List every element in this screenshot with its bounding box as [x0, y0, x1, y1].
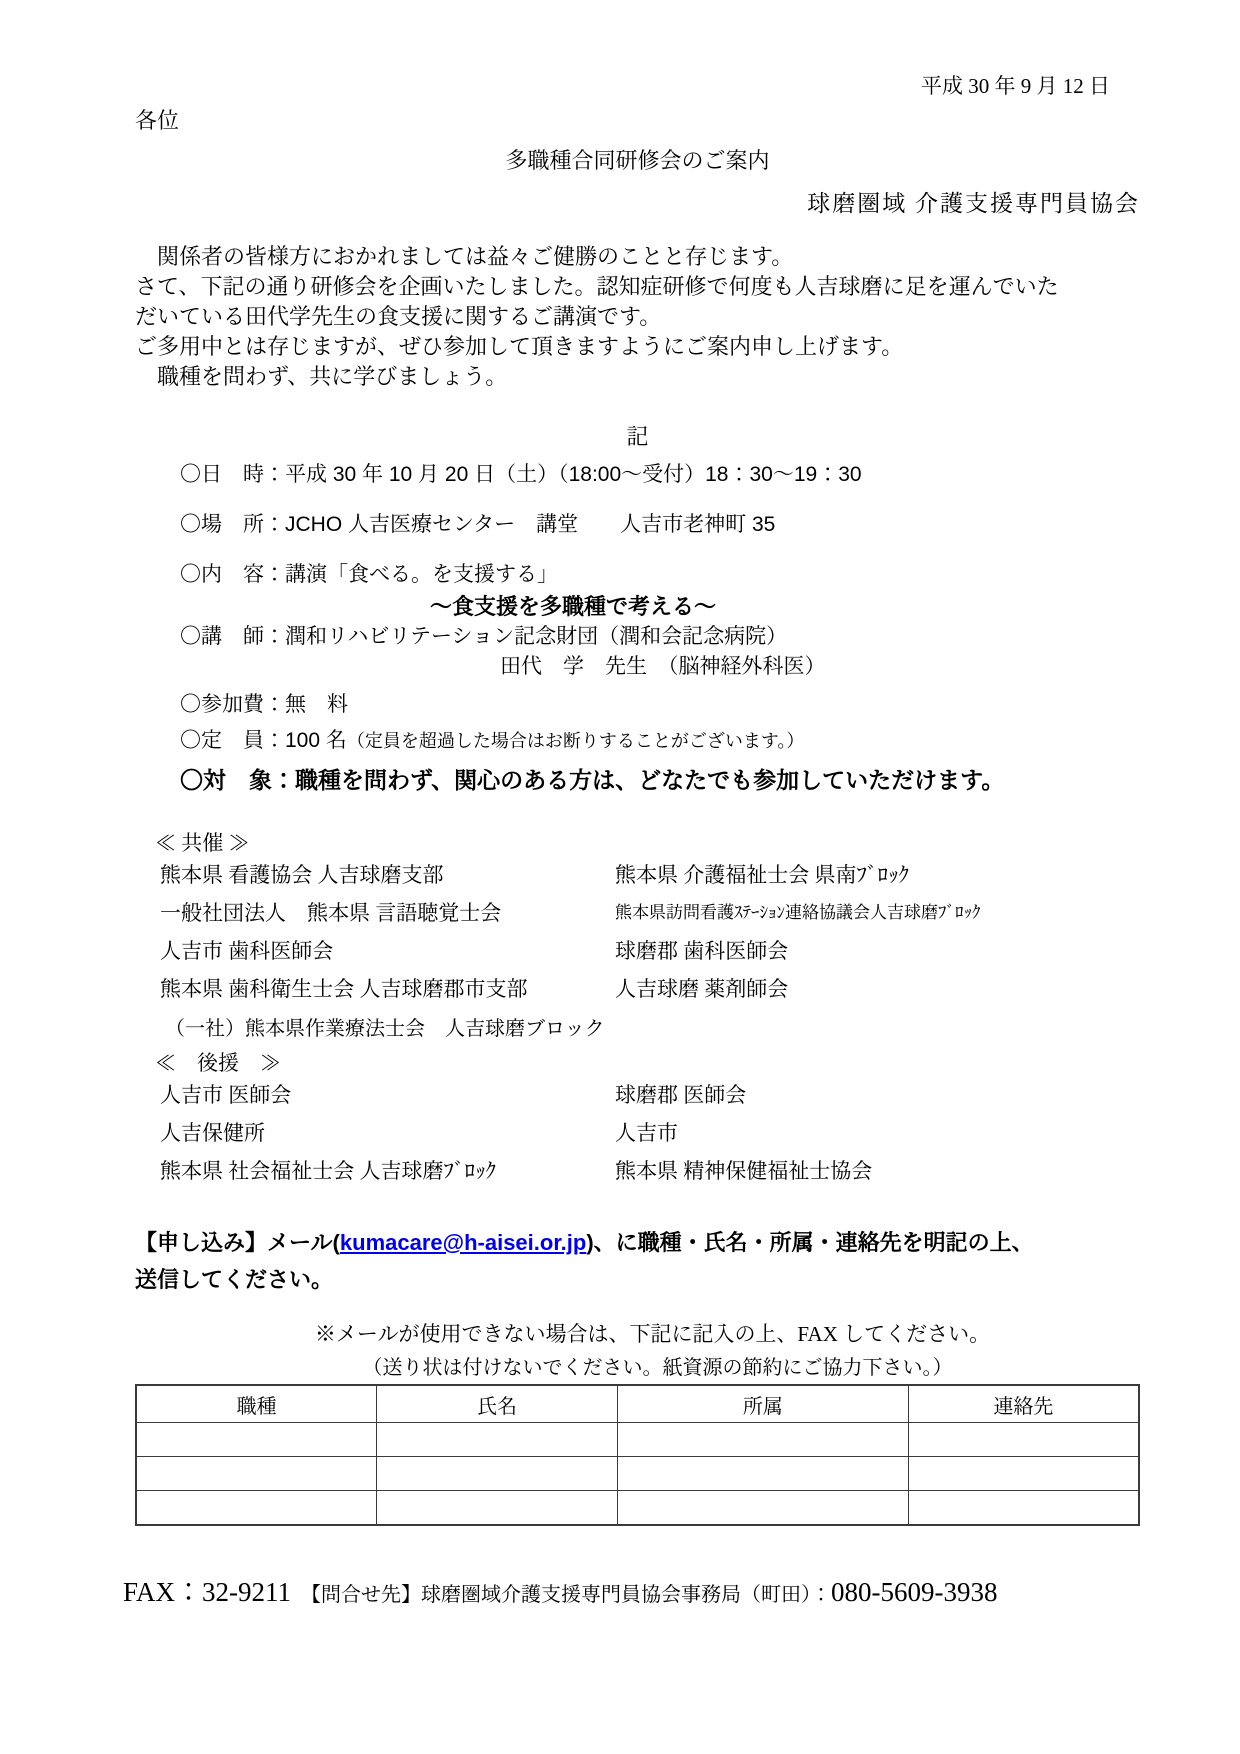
- application-line1: 【申し込み】メール(kumacare@h-aisei.or.jp)、に職種・氏名…: [135, 1224, 1140, 1261]
- supporter-left: 人吉市 医師会: [160, 1076, 615, 1114]
- detail-datetime: 〇日 時：平成 30 年 10 月 20 日（土）（18:00～受付）18：30…: [180, 460, 1140, 490]
- form-cell-empty: [136, 1423, 377, 1457]
- detail-datetime-value: 平成 30 年 10 月 20 日（土）（18:00～受付）18：30～19：3…: [285, 463, 862, 486]
- cosponsor-right: 人吉球磨 薬剤師会: [615, 970, 1140, 1008]
- form-cell-empty: [908, 1457, 1139, 1491]
- detail-target-value: 職種を問わず、関心のある方は、どなたでも参加していただけます。: [295, 767, 1004, 793]
- detail-place: 〇場 所：JCHO 人吉医療センター 講堂 人吉市老神町 35: [180, 510, 1140, 540]
- supporter-row: 人吉保健所 人吉市: [160, 1114, 1140, 1152]
- form-empty-row: [136, 1423, 1139, 1457]
- footer-fax-number: FAX：32-9211: [123, 1577, 291, 1607]
- cosponsor-left: 一般社団法人 熊本県 言語聴覚士会: [160, 894, 615, 932]
- lecture-subtitle: ～食支援を多職種で考える～: [180, 592, 1140, 622]
- intro-line: さて、下記の通り研修会を企画いたしました。認知症研修で何度も人吉球磨に足を運んで…: [135, 272, 1140, 302]
- form-cell-empty: [377, 1491, 618, 1526]
- application-email-link[interactable]: kumacare@h-aisei.or.jp: [340, 1230, 586, 1255]
- application-suffix: )、に職種・氏名・所属・連絡先を明記の上、: [586, 1230, 1033, 1255]
- supporter-list: 人吉市 医師会 球磨郡 医師会 人吉保健所 人吉市 熊本県 社会福祉士会 人吉球…: [135, 1076, 1140, 1190]
- form-cell-empty: [908, 1423, 1139, 1457]
- form-header-affiliation: 所属: [617, 1385, 908, 1423]
- detail-place-value: JCHO 人吉医療センター 講堂 人吉市老神町 35: [285, 513, 775, 536]
- footer-separator: [291, 1584, 311, 1606]
- detail-datetime-label: 〇日 時：: [180, 463, 285, 486]
- form-cell-empty: [617, 1457, 908, 1491]
- supporter-left: 熊本県 社会福祉士会 人吉球磨ﾌﾞﾛｯｸ: [160, 1152, 615, 1190]
- cosponsor-extra: （一社）熊本県作業療法士会 人吉球磨ブロック: [135, 1014, 1140, 1044]
- cosponsor-right: 熊本県訪問看護ｽﾃｰｼｮﾝ連絡協議会人吉球磨ﾌﾞﾛｯｸ: [615, 894, 1140, 932]
- supporter-right: 球磨郡 医師会: [615, 1076, 1140, 1114]
- detail-place-label: 〇場 所：: [180, 513, 285, 536]
- paper-note: （送り状は付けないでください。紙資源の節約にご協力下さい。）: [135, 1354, 1140, 1382]
- cosponsor-list: 熊本県 看護協会 人吉球磨支部 熊本県 介護福祉士会 県南ﾌﾞﾛｯｸ 一般社団法…: [135, 856, 1140, 1008]
- footer-contact-label: 【問合せ先】球磨圏域介護支援専門員協会事務局（町田）：: [311, 1584, 831, 1606]
- form-header-contact: 連絡先: [908, 1385, 1139, 1423]
- detail-target-label: 〇対 象：: [180, 767, 295, 793]
- detail-capacity-value: 100 名: [285, 729, 347, 752]
- fax-note: ※メールが使用できない場合は、下記に記入の上、FAX してください。: [135, 1320, 1140, 1348]
- cosponsor-right: 熊本県 介護福祉士会 県南ﾌﾞﾛｯｸ: [615, 856, 1140, 894]
- supporter-right: 熊本県 精神保健福祉士協会: [615, 1152, 1140, 1190]
- form-cell-empty: [136, 1457, 377, 1491]
- detail-capacity-note: （定員を超過した場合はお断りすることがございます。）: [347, 731, 805, 751]
- supporter-row: 熊本県 社会福祉士会 人吉球磨ﾌﾞﾛｯｸ 熊本県 精神保健福祉士協会: [160, 1152, 1140, 1190]
- record-mark: 記: [135, 424, 1140, 450]
- cosponsor-left: 熊本県 看護協会 人吉球磨支部: [160, 856, 615, 894]
- detail-content-value: 講演「食べる。を支援する」: [285, 563, 558, 586]
- intro-line: ご多用中とは存じますが、ぜひ参加して頂きますようにご案内申し上げます。: [135, 332, 1140, 362]
- event-details: 〇日 時：平成 30 年 10 月 20 日（土）（18:00～受付）18：30…: [135, 460, 1140, 796]
- cosponsor-left: 人吉市 歯科医師会: [160, 932, 615, 970]
- form-cell-empty: [617, 1491, 908, 1526]
- cosponsor-row: 熊本県 看護協会 人吉球磨支部 熊本県 介護福祉士会 県南ﾌﾞﾛｯｸ: [160, 856, 1140, 894]
- supporter-row: 人吉市 医師会 球磨郡 医師会: [160, 1076, 1140, 1114]
- document-date: 平成 30 年 9 月 12 日: [135, 74, 1140, 98]
- detail-target: 〇対 象：職種を問わず、関心のある方は、どなたでも参加していただけます。: [180, 764, 1140, 796]
- document-page: 平成 30 年 9 月 12 日 各位 多職種合同研修会のご案内 球磨圏域 介護…: [0, 0, 1240, 1754]
- form-empty-row: [136, 1457, 1139, 1491]
- cosponsor-right: 球磨郡 歯科医師会: [615, 932, 1140, 970]
- form-header-row: 職種 氏名 所属 連絡先: [136, 1385, 1139, 1423]
- cosponsor-row: 熊本県 歯科衛生士会 人吉球磨郡市支部 人吉球磨 薬剤師会: [160, 970, 1140, 1008]
- detail-fee-value: 無 料: [285, 693, 348, 716]
- intro-line: 職種を問わず、共に学びましょう。: [135, 362, 1140, 392]
- form-cell-empty: [377, 1423, 618, 1457]
- detail-fee-label: 〇参加費：: [180, 693, 285, 716]
- form-cell-empty: [136, 1491, 377, 1526]
- supporter-heading: ≪ 後援 ≫: [135, 1050, 1140, 1076]
- cosponsor-row: 一般社団法人 熊本県 言語聴覚士会 熊本県訪問看護ｽﾃｰｼｮﾝ連絡協議会人吉球磨…: [160, 894, 1140, 932]
- lecturer-name: 田代 学 先生 （脳神経外科医）: [180, 652, 1140, 682]
- detail-content-label: 〇内 容：: [180, 563, 285, 586]
- form-header-name: 氏名: [377, 1385, 618, 1423]
- form-cell-empty: [908, 1491, 1139, 1526]
- cosponsor-row: 人吉市 歯科医師会 球磨郡 歯科医師会: [160, 932, 1140, 970]
- issuing-organization: 球磨圏域 介護支援専門員協会: [135, 190, 1140, 218]
- document-title: 多職種合同研修会のご案内: [135, 148, 1140, 174]
- detail-content: 〇内 容：講演「食べる。を支援する」: [180, 560, 1140, 590]
- supporter-left: 人吉保健所: [160, 1114, 615, 1152]
- cosponsor-heading: ≪ 共催 ≫: [135, 830, 1140, 856]
- detail-capacity: 〇定 員：100 名（定員を超過した場合はお断りすることがございます。）: [180, 726, 1140, 756]
- cosponsor-left: 熊本県 歯科衛生士会 人吉球磨郡市支部: [160, 970, 615, 1008]
- detail-capacity-label: 〇定 員：: [180, 729, 285, 752]
- application-instructions: 【申し込み】メール(kumacare@h-aisei.or.jp)、に職種・氏名…: [135, 1224, 1140, 1298]
- detail-lecturer-org: 潤和リハビリテーション記念財団（潤和会記念病院）: [285, 625, 787, 648]
- application-prefix: 【申し込み】メール(: [135, 1230, 340, 1255]
- form-empty-row: [136, 1491, 1139, 1526]
- form-header-occupation: 職種: [136, 1385, 377, 1423]
- form-cell-empty: [377, 1457, 618, 1491]
- intro-line: 関係者の皆様方におかれましては益々ご健勝のことと存じます。: [135, 242, 1140, 272]
- detail-lecturer: 〇講 師：潤和リハビリテーション記念財団（潤和会記念病院）: [180, 622, 1140, 652]
- fax-application-form-table: 職種 氏名 所属 連絡先: [135, 1384, 1140, 1526]
- application-line2: 送信してください。: [135, 1261, 1140, 1298]
- footer-phone-number: 080-5609-3938: [831, 1577, 997, 1607]
- form-cell-empty: [617, 1423, 908, 1457]
- intro-line: だいている田代学先生の食支援に関するご講演です。: [135, 302, 1140, 332]
- salutation: 各位: [135, 108, 1140, 134]
- intro-paragraph: 関係者の皆様方におかれましては益々ご健勝のことと存じます。 さて、下記の通り研修…: [135, 242, 1140, 392]
- footer-contact-line: FAX：32-9211 【問合せ先】球磨圏域介護支援専門員協会事務局（町田）：0…: [123, 1570, 1140, 1609]
- detail-fee: 〇参加費：無 料: [180, 690, 1140, 720]
- detail-lecturer-label: 〇講 師：: [180, 625, 285, 648]
- supporter-right: 人吉市: [615, 1114, 1140, 1152]
